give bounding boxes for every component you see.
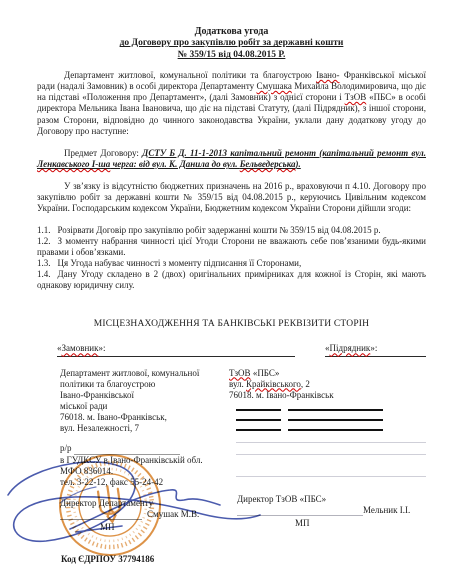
account-blank-line bbox=[74, 446, 180, 455]
misspelled-word: Смушака bbox=[257, 81, 292, 91]
blank-line-row bbox=[236, 419, 426, 421]
clause-number: 1.1. bbox=[37, 225, 51, 235]
bank-line: в ГУДКСУ в Івано-Франківській обл. bbox=[60, 455, 229, 466]
requisites-heading: МІСЦЕЗНАХОДЖЕННЯ ТА БАНКІВСЬКІ РЕКВІЗИТИ… bbox=[37, 319, 426, 331]
contractor-name-text: «ПБС» bbox=[251, 368, 280, 378]
short-rule bbox=[236, 429, 281, 431]
contractor-label: «Підрядник»: bbox=[325, 343, 426, 356]
customer-signature-row: Смушак М.В. bbox=[60, 509, 229, 520]
clause-item: 1.4.Дану Угоду складено в 2 (двох) оригі… bbox=[37, 269, 426, 291]
signature-blank-line bbox=[60, 511, 142, 520]
account-label: р/р bbox=[60, 443, 72, 453]
clause-number: 1.3. bbox=[37, 258, 51, 268]
blank-line-row bbox=[236, 409, 426, 411]
street-text: , 2 bbox=[301, 379, 310, 389]
faint-rule bbox=[236, 476, 426, 477]
contractor-name: ТзОВ «ПБС» bbox=[229, 368, 426, 379]
contractor-seal-label: МП bbox=[295, 518, 426, 529]
misspelled-word: Ленкавського І-ша bbox=[37, 159, 110, 169]
misspelled-word: Замовник bbox=[62, 343, 99, 353]
clause-text: З моменту набрання чинності цієї Угоди С… bbox=[37, 236, 426, 257]
subject-text: ДСТУ Б Д. 11-1-2013 капітальний ремонт (… bbox=[142, 148, 426, 158]
short-rule bbox=[236, 419, 281, 421]
contractor-signature-name: Мельник І.І. bbox=[363, 505, 410, 515]
subject-paragraph: Предмет Договору: ДСТУ Б Д. 11-1-2013 ка… bbox=[37, 148, 426, 170]
blank-line-row bbox=[236, 429, 426, 431]
street-text: вул. bbox=[229, 379, 246, 389]
intro-paragraph: Департамент житлової, комунальної політи… bbox=[37, 70, 426, 137]
customer-signature-name: Смушак М.В. bbox=[147, 509, 199, 519]
doc-title: Додаткова угода bbox=[37, 26, 426, 38]
subject-text: черга: від вул. К. Данила до вул. bbox=[110, 159, 239, 169]
context-paragraph: У зв’язку із відсутністю бюджетних призн… bbox=[37, 181, 426, 214]
address-line: 76018. м. Івано-Франківськ, bbox=[60, 412, 229, 423]
customer-signature-block: Директор Департаменту Смушак М.В. МП bbox=[60, 498, 229, 533]
clause-item: 1.2.З моменту набрання чинності цієї Уго… bbox=[37, 236, 426, 258]
requisites-columns: Департамент житлової, комунальної політи… bbox=[37, 368, 426, 534]
address-line: Департамент житлової, комунальної bbox=[60, 368, 229, 379]
quote-mark: »: bbox=[370, 343, 377, 353]
document-body: Додаткова угода до Договору про закупівл… bbox=[0, 0, 463, 565]
quote-mark: »: bbox=[98, 343, 105, 353]
doc-number-date: № 359/15 від 04.08.2015 Р. bbox=[37, 50, 426, 62]
contractor-city: 76018. м. Івано-Франківськ bbox=[229, 390, 426, 401]
contractor-column: ТзОВ «ПБС» вул. Крайківського, 2 76018. … bbox=[229, 368, 426, 534]
address-line: Івано-Франківської bbox=[60, 390, 229, 401]
clause-number: 1.4. bbox=[37, 269, 51, 279]
long-rule bbox=[288, 409, 383, 411]
clause-text: Дану Угоду складено в 2 (двох) оригіналь… bbox=[37, 269, 426, 290]
account-row: р/р bbox=[60, 443, 229, 454]
misspelled-word: ТзОВ bbox=[229, 368, 251, 378]
faint-rule bbox=[236, 442, 426, 443]
customer-signature-title: Директор Департаменту bbox=[60, 498, 229, 509]
clause-item: 1.3.Ця Угода набуває чинності з моменту … bbox=[37, 258, 426, 269]
customer-column: Департамент житлової, комунальної політи… bbox=[37, 368, 229, 534]
contractor-address: ТзОВ «ПБС» вул. Крайківського, 2 76018. … bbox=[229, 368, 426, 401]
edrpou-code: Код ЄДРПОУ 37794186 bbox=[61, 554, 426, 565]
contractor-signature-title: Директор ТзОВ «ПБС» bbox=[237, 494, 426, 505]
clause-text: Розірвати Договір про закупівлю робіт за… bbox=[58, 225, 381, 235]
party-labels-row: «Замовник»: «Підрядник»: bbox=[37, 343, 426, 356]
clause-item: 1.1.Розірвати Договір про закупівлю робі… bbox=[37, 225, 426, 236]
clause-number: 1.2. bbox=[37, 236, 51, 246]
customer-label: «Замовник»: bbox=[57, 343, 295, 356]
subject-text: ). bbox=[296, 159, 301, 169]
document-page: Додаткова угода до Договору про закупівл… bbox=[0, 0, 463, 587]
misspelled-word: Івано- bbox=[316, 70, 339, 80]
signature-blank-line bbox=[237, 507, 363, 516]
misspelled-word: ТзОВ bbox=[345, 92, 367, 102]
long-rule bbox=[288, 429, 383, 431]
faint-rule bbox=[236, 454, 426, 455]
misspelled-word: Підрядник bbox=[330, 343, 371, 353]
short-rule bbox=[236, 409, 281, 411]
address-line: політики та благоустрою bbox=[60, 379, 229, 390]
misspelled-word: Крайківського bbox=[246, 379, 301, 389]
customer-address: Департамент житлової, комунальної політи… bbox=[60, 368, 229, 435]
clause-text: Ця Угода набуває чинності з моменту підп… bbox=[58, 258, 302, 268]
contractor-signature-block: Директор ТзОВ «ПБС» Мельник І.І. МП bbox=[237, 494, 426, 529]
address-line: міської ради bbox=[60, 401, 229, 412]
contractor-street: вул. Крайківського, 2 bbox=[229, 379, 426, 390]
long-rule bbox=[288, 419, 383, 421]
mfo-line: МФО 836014. bbox=[60, 466, 229, 477]
doc-subtitle: до Договору про закупівлю робіт за держа… bbox=[37, 38, 426, 50]
bank-details: р/р в ГУДКСУ в Івано-Франківській обл. М… bbox=[60, 443, 229, 488]
misspelled-word: Бельведерська bbox=[240, 159, 296, 169]
phone-line: тел. 3-22-12, факс 55-24-42 bbox=[60, 477, 229, 488]
contractor-signature-row: Мельник І.І. bbox=[237, 505, 426, 516]
subject-label: Предмет Договору: bbox=[64, 148, 142, 158]
clause-list: 1.1.Розірвати Договір про закупівлю робі… bbox=[37, 225, 426, 292]
customer-seal-label: МП bbox=[100, 522, 229, 533]
intro-text: Департамент житлової, комунальної політи… bbox=[64, 70, 316, 80]
address-line: вул. Незалежності, 7 bbox=[60, 423, 229, 434]
